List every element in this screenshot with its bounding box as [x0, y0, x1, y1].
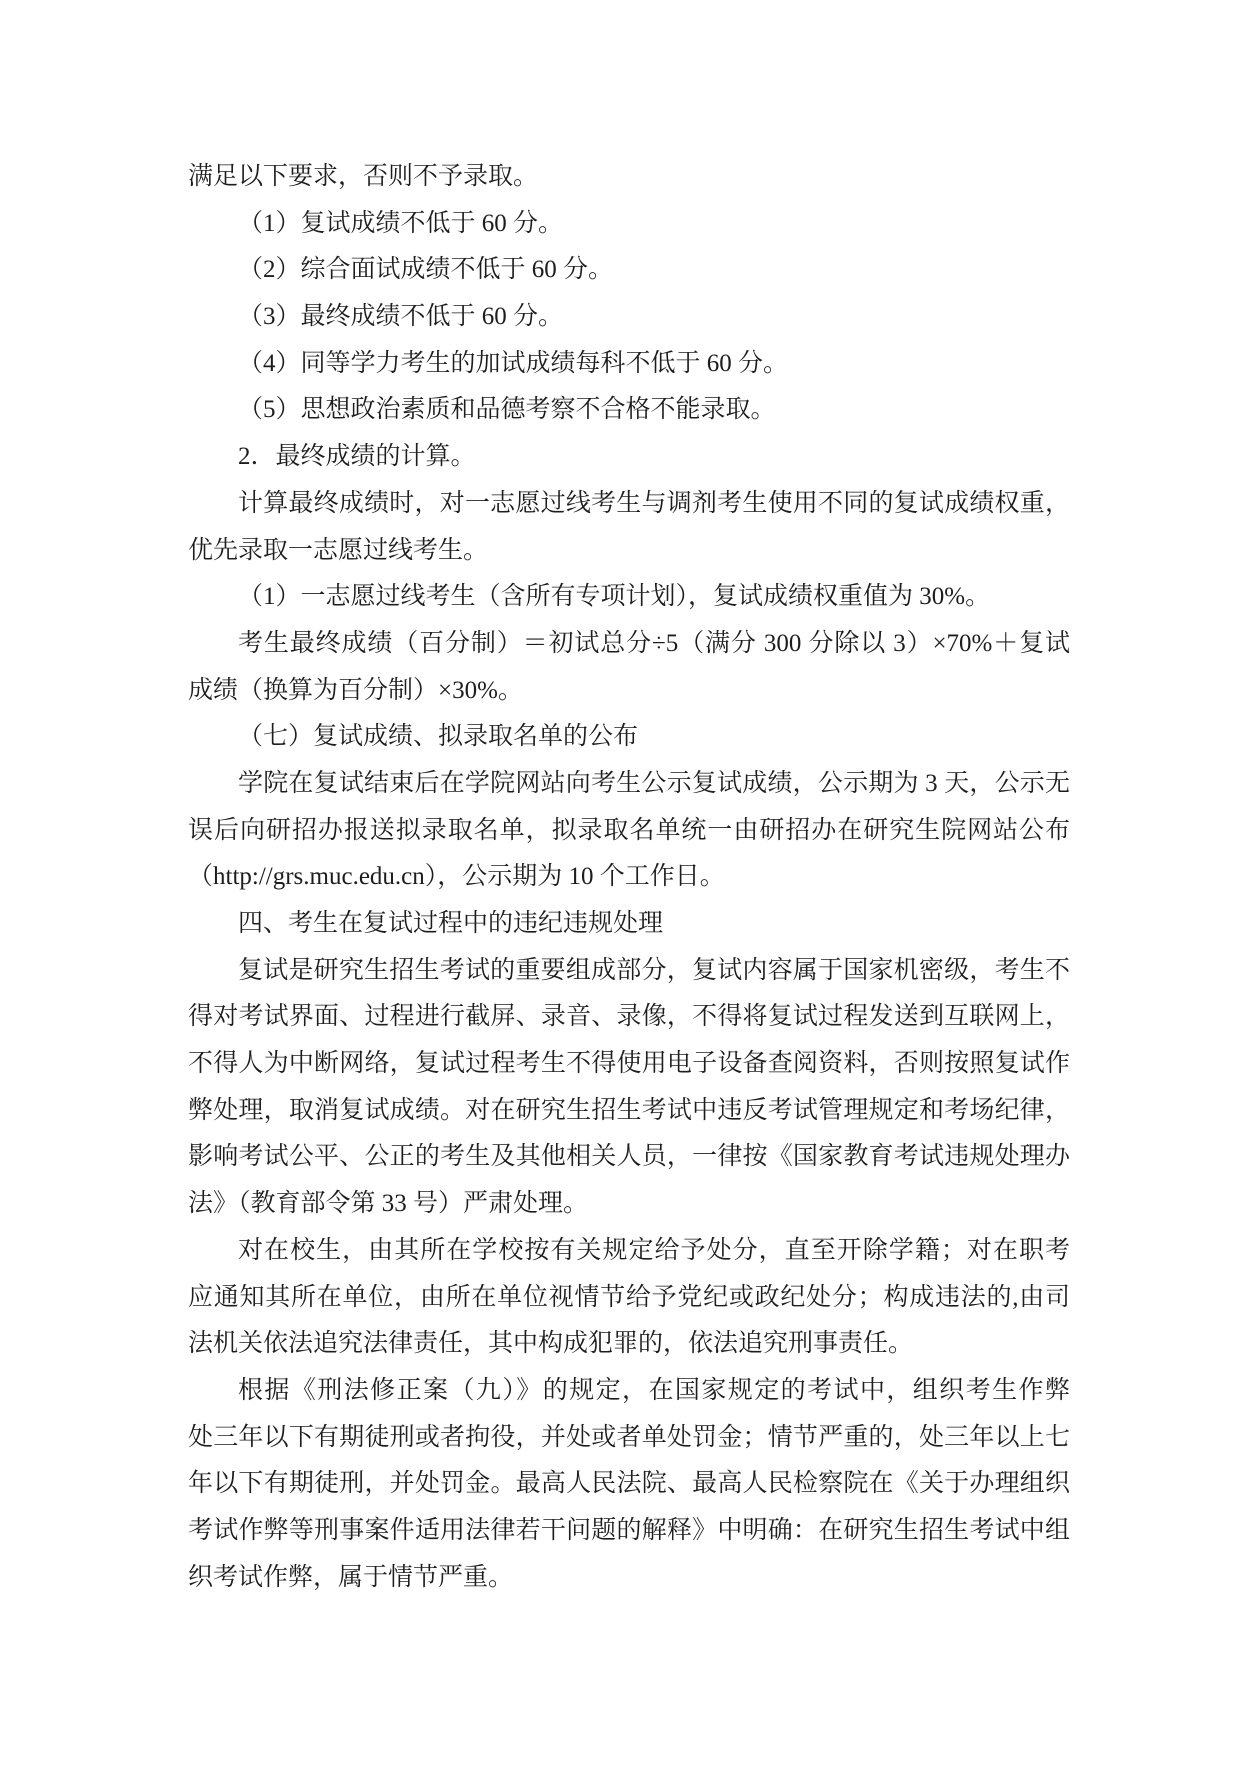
- text-line: （1）一志愿过线考生（含所有专项计划），复试成绩权重值为 30%。: [188, 574, 1070, 621]
- text-line: 不得人为中断网络，复试过程考生不得使用电子设备查阅资料，否则按照复试作: [188, 1041, 1070, 1088]
- text-line: 弊处理，取消复试成绩。对在研究生招生考试中违反考试管理规定和考场纪律，: [188, 1088, 1070, 1135]
- text-line: （2）综合面试成绩不低于 60 分。: [188, 247, 1070, 294]
- text-line: 计算最终成绩时，对一志愿过线考生与调剂考生使用不同的复试成绩权重，: [188, 481, 1070, 528]
- document-body: 满足以下要求，否则不予录取。（1）复试成绩不低于 60 分。（2）综合面试成绩不…: [188, 154, 1070, 1601]
- text-line: 四、考生在复试过程中的违纪违规处理: [188, 901, 1070, 948]
- text-line: 影响考试公平、公正的考生及其他相关人员，一律按《国家教育考试违规处理办: [188, 1134, 1070, 1181]
- text-line: （1）复试成绩不低于 60 分。: [188, 201, 1070, 248]
- text-line: 处三年以下有期徒刑或者拘役，并处或者单处罚金；情节严重的，处三年以上七: [188, 1415, 1070, 1462]
- text-line: 年以下有期徒刑，并处罚金。最高人民法院、最高人民检察院在《关于办理组织: [188, 1461, 1070, 1508]
- text-line: 应通知其所在单位，由所在单位视情节给予党纪或政纪处分；构成违法的,由司: [188, 1275, 1070, 1322]
- text-line: （3）最终成绩不低于 60 分。: [188, 294, 1070, 341]
- text-line: 成绩（换算为百分制）×30%。: [188, 668, 1070, 715]
- text-line: 2．最终成绩的计算。: [188, 434, 1070, 481]
- text-line: 法机关依法追究法律责任，其中构成犯罪的，依法追究刑事责任。: [188, 1321, 1070, 1368]
- text-line: 学院在复试结束后在学院网站向考生公示复试成绩，公示期为 3 天，公示无: [188, 761, 1070, 808]
- text-line: 优先录取一志愿过线考生。: [188, 528, 1070, 575]
- text-line: （5）思想政治素质和品德考察不合格不能录取。: [188, 387, 1070, 434]
- text-line: 考生最终成绩（百分制）＝初试总分÷5（满分 300 分除以 3）×70%＋复试: [188, 621, 1070, 668]
- document-page: 满足以下要求，否则不予录取。（1）复试成绩不低于 60 分。（2）综合面试成绩不…: [0, 0, 1256, 1777]
- text-line: 法》（教育部令第 33 号）严肃处理。: [188, 1181, 1070, 1228]
- text-line: （http://grs.muc.edu.cn），公示期为 10 个工作日。: [188, 854, 1070, 901]
- text-line: 根据《刑法修正案（九）》的规定，在国家规定的考试中，组织考生作弊的，: [188, 1368, 1070, 1415]
- text-line: 织考试作弊，属于情节严重。: [188, 1555, 1070, 1602]
- text-line: 对在校生，由其所在学校按有关规定给予处分，直至开除学籍；对在职考生，: [188, 1228, 1070, 1275]
- text-line: （七）复试成绩、拟录取名单的公布: [188, 714, 1070, 761]
- text-line: 满足以下要求，否则不予录取。: [188, 154, 1070, 201]
- text-line: （4）同等学力考生的加试成绩每科不低于 60 分。: [188, 341, 1070, 388]
- text-line: 得对考试界面、过程进行截屏、录音、录像，不得将复试过程发送到互联网上，: [188, 994, 1070, 1041]
- text-line: 复试是研究生招生考试的重要组成部分，复试内容属于国家机密级，考生不: [188, 948, 1070, 995]
- text-line: 误后向研招办报送拟录取名单，拟录取名单统一由研招办在研究生院网站公布: [188, 808, 1070, 855]
- text-line: 考试作弊等刑事案件适用法律若干问题的解释》中明确：在研究生招生考试中组: [188, 1508, 1070, 1555]
